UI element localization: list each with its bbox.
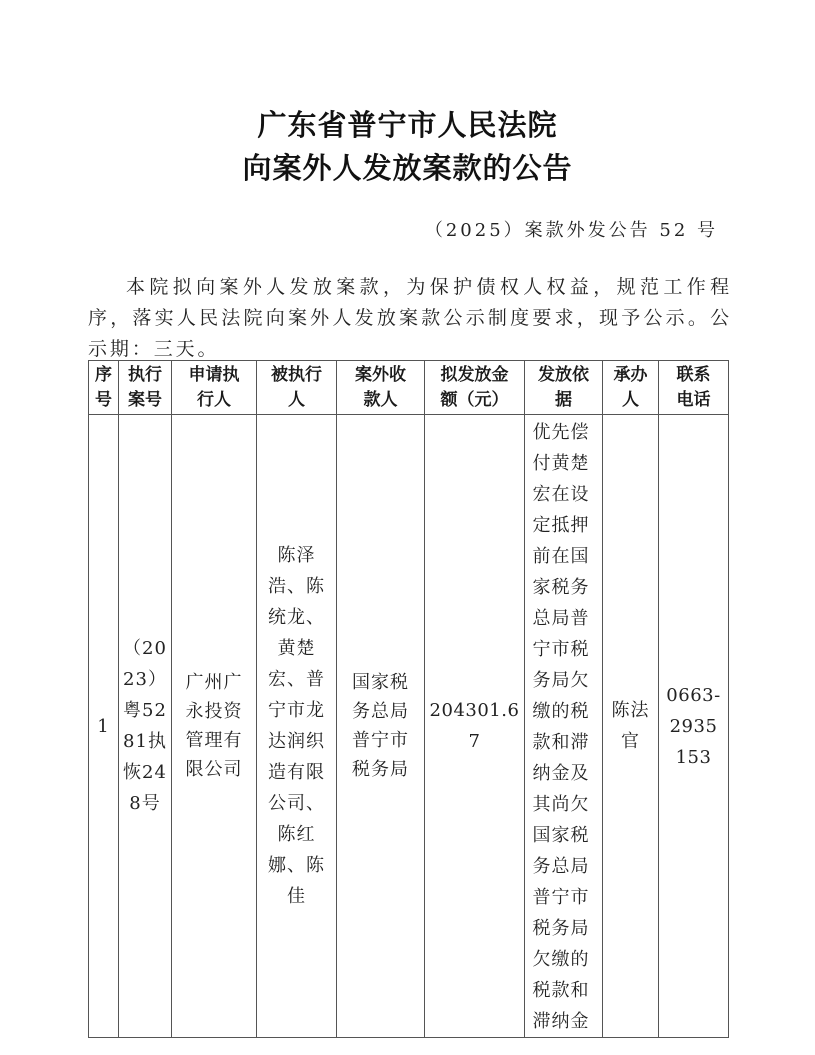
cell-case-number: （2023）粤5281执恢248号 <box>119 415 172 1038</box>
cell-phone: 0663-2935153 <box>659 415 729 1038</box>
cell-respondents: 陈泽浩、陈统龙、黄楚宏、普宁市龙达润织造有限公司、陈红娜、陈佳 <box>257 415 337 1038</box>
table-header-row: 序号 执行案号 申请执行人 被执行人 案外收款人 拟发放金额（元） 发放依据 承… <box>89 361 729 415</box>
notice-paragraph: 本院拟向案外人发放案款，为保护债权人权益，规范工作程序，落实人民法院向案外人发放… <box>88 272 732 365</box>
header-applicant: 申请执行人 <box>172 361 257 415</box>
cell-applicant: 广州广永投资管理有限公司 <box>172 415 257 1038</box>
cell-payee: 国家税务总局普宁市税务局 <box>337 415 425 1038</box>
cell-handler: 陈法官 <box>603 415 659 1038</box>
header-basis: 发放依据 <box>525 361 603 415</box>
header-phone: 联系电话 <box>659 361 729 415</box>
header-handler: 承办人 <box>603 361 659 415</box>
cell-index: 1 <box>89 415 119 1038</box>
header-case-number: 执行案号 <box>119 361 172 415</box>
header-respondent: 被执行人 <box>257 361 337 415</box>
cell-basis: 优先偿付黄楚宏在设定抵押前在国家税务总局普宁市税务局欠缴的税款和滞纳金及其尚欠国… <box>525 415 603 1038</box>
notice-title: 向案外人发放案款的公告 <box>0 146 815 187</box>
header-payee: 案外收款人 <box>337 361 425 415</box>
header-amount: 拟发放金额（元） <box>425 361 525 415</box>
cell-amount: 204301.67 <box>425 415 525 1038</box>
header-index: 序号 <box>89 361 119 415</box>
table-row: 1 （2023）粤5281执恢248号 广州广永投资管理有限公司 陈泽浩、陈统龙… <box>89 415 729 1038</box>
payment-table: 序号 执行案号 申请执行人 被执行人 案外收款人 拟发放金额（元） 发放依据 承… <box>88 360 729 1038</box>
court-name-title: 广东省普宁市人民法院 <box>0 103 815 144</box>
document-number: （2025）案款外发公告 52 号 <box>425 216 718 242</box>
